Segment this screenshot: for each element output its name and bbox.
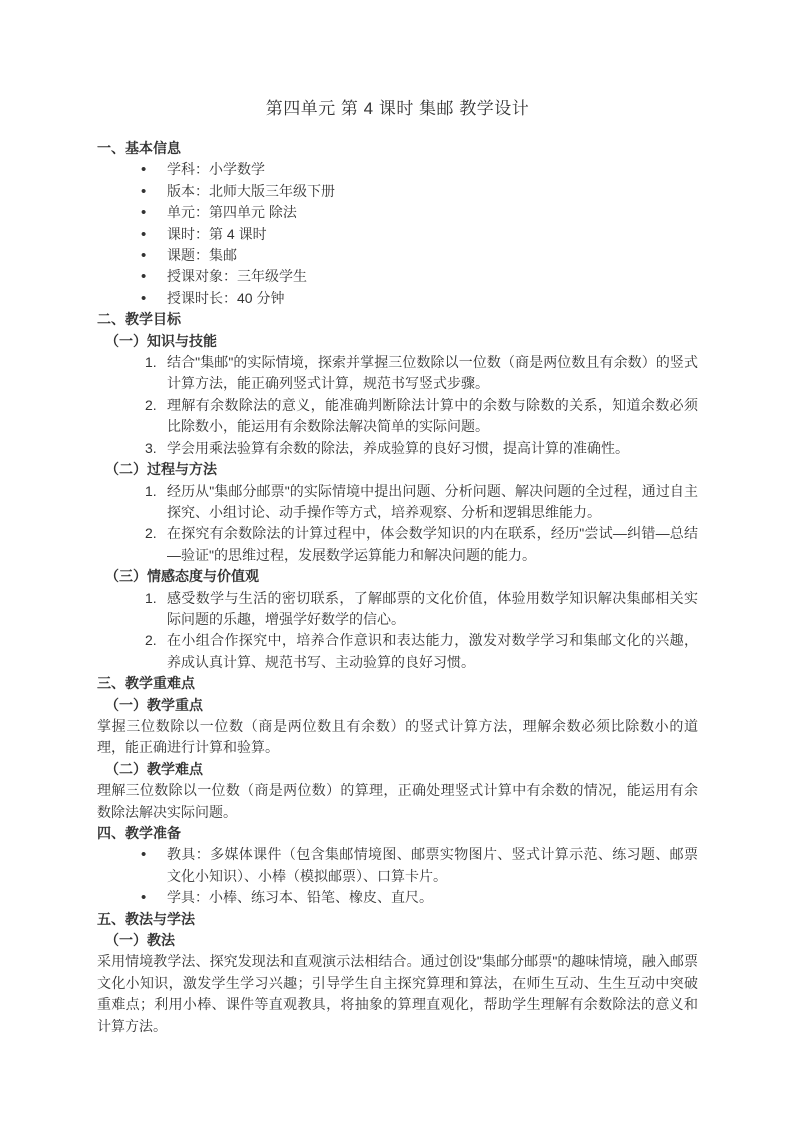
list-item: 教具：多媒体课件（包含集邮情境图、邮票实物图片、竖式计算示范、练习题、邮票文化小… <box>167 844 698 887</box>
list-item: 学具：小棒、练习本、铅笔、橡皮、直尺。 <box>167 887 698 908</box>
section-heading-teaching-preparation: 四、教学准备 <box>97 823 698 844</box>
list-item: 感受数学与生活的密切联系，了解邮票的文化价值，体验用数学知识解决集邮相关实际问题… <box>167 588 698 631</box>
list-item: 授课时长：40 分钟 <box>167 288 698 309</box>
teaching-preparation-bullet-list: 教具：多媒体课件（包含集邮情境图、邮票实物图片、竖式计算示范、练习题、邮票文化小… <box>97 844 698 908</box>
list-item: 版本：北师大版三年级下册 <box>167 181 698 202</box>
subsection-heading-emotion-values: （三）情感态度与价值观 <box>97 566 698 587</box>
subsection-heading-teaching-method: （一）教法 <box>97 930 698 951</box>
section-heading-teaching-learning-methods: 五、教法与学法 <box>97 909 698 930</box>
section-heading-basic-info: 一、基本信息 <box>97 138 698 159</box>
basic-info-bullet-list: 学科：小学数学 版本：北师大版三年级下册 单元：第四单元 除法 课时：第 4 课… <box>97 159 698 309</box>
document-title: 第四单元 第 4 课时 集邮 教学设计 <box>97 97 698 121</box>
subsection-heading-process-methods: （二）过程与方法 <box>97 459 698 480</box>
subsection-heading-key-point: （一）教学重点 <box>97 695 698 716</box>
list-item: 课题：集邮 <box>167 245 698 266</box>
list-item: 在小组合作探究中，培养合作意识和表达能力，激发对数学学习和集邮文化的兴趣，养成认… <box>167 630 698 673</box>
list-item: 单元：第四单元 除法 <box>167 202 698 223</box>
difficult-point-paragraph: 理解三位数除以一位数（商是两位数）的算理，正确处理竖式计算中有余数的情况，能运用… <box>97 780 698 823</box>
teaching-method-paragraph: 采用情境教学法、探究发现法和直观演示法相结合。通过创设"集邮分邮票"的趣味情境，… <box>97 951 698 1037</box>
list-item: 在探究有余数除法的计算过程中，体会数学知识的内在联系，经历"尝试—纠错—总结—验… <box>167 523 698 566</box>
knowledge-skills-numbered-list: 结合"集邮"的实际情境，探索并掌握三位数除以一位数（商是两位数且有余数）的竖式计… <box>97 352 698 459</box>
section-heading-teaching-goals: 二、教学目标 <box>97 309 698 330</box>
list-item: 结合"集邮"的实际情境，探索并掌握三位数除以一位数（商是两位数且有余数）的竖式计… <box>167 352 698 395</box>
list-item: 课时：第 4 课时 <box>167 224 698 245</box>
emotion-values-numbered-list: 感受数学与生活的密切联系，了解邮票的文化价值，体验用数学知识解决集邮相关实际问题… <box>97 588 698 674</box>
key-point-paragraph: 掌握三位数除以一位数（商是两位数且有余数）的竖式计算方法，理解余数必须比除数小的… <box>97 716 698 759</box>
list-item: 经历从"集邮分邮票"的实际情境中提出问题、分析问题、解决问题的全过程，通过自主探… <box>167 481 698 524</box>
subsection-heading-difficult-point: （二）教学难点 <box>97 759 698 780</box>
process-methods-numbered-list: 经历从"集邮分邮票"的实际情境中提出问题、分析问题、解决问题的全过程，通过自主探… <box>97 481 698 567</box>
list-item: 学会用乘法验算有余数的除法，养成验算的良好习惯，提高计算的准确性。 <box>167 438 698 459</box>
document-page: 第四单元 第 4 课时 集邮 教学设计 一、基本信息 学科：小学数学 版本：北师… <box>0 0 794 1123</box>
list-item: 学科：小学数学 <box>167 159 698 180</box>
list-item: 理解有余数除法的意义，能准确判断除法计算中的余数与除数的关系，知道余数必须比除数… <box>167 395 698 438</box>
section-heading-key-difficult-points: 三、教学重难点 <box>97 673 698 694</box>
subsection-heading-knowledge-skills: （一）知识与技能 <box>97 331 698 352</box>
list-item: 授课对象：三年级学生 <box>167 266 698 287</box>
